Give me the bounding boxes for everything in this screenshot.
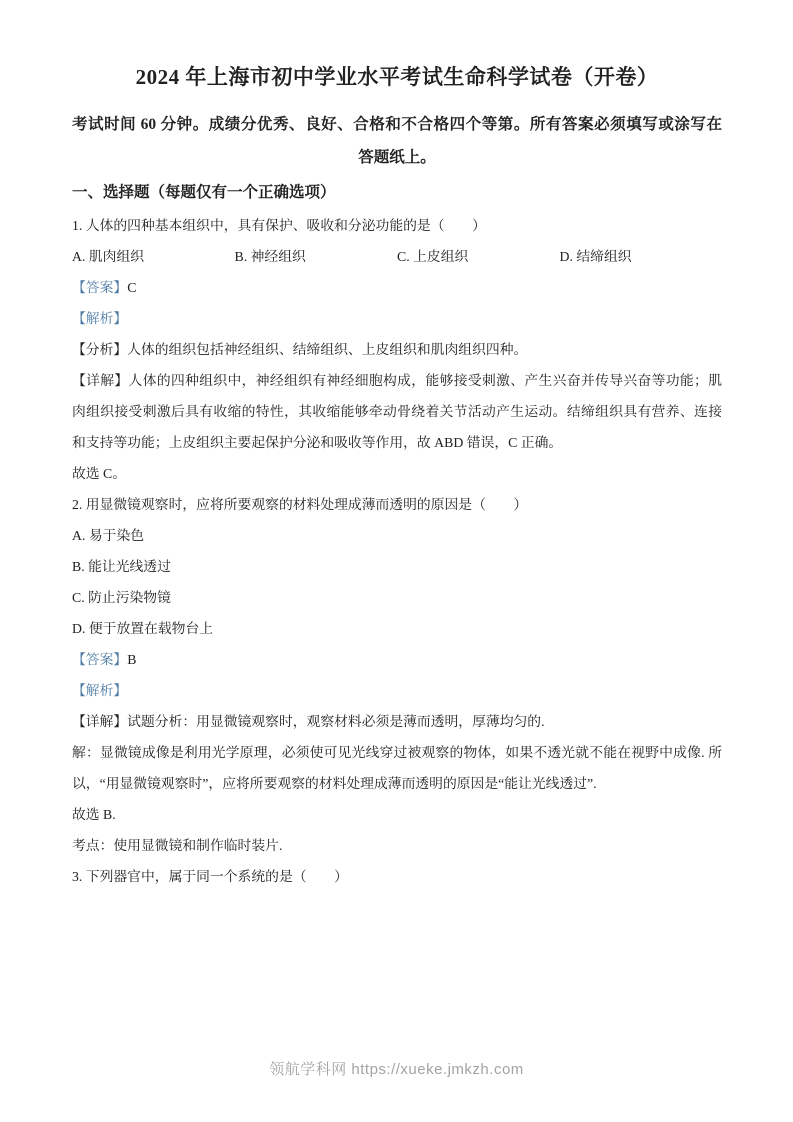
question-1-answer-value: C (127, 280, 136, 295)
question-1-options-row: A. 肌肉组织 B. 神经组织 C. 上皮组织 D. 结缔组织 (72, 241, 722, 272)
question-3: 3. 下列器官中，属于同一个系统的是（ ） (72, 861, 722, 892)
question-1-option-c: C. 上皮组织 (397, 241, 560, 272)
section-heading: 一、选择题（每题仅有一个正确选项） (72, 178, 722, 208)
page-title: 2024 年上海市初中学业水平考试生命科学试卷（开卷） (72, 62, 722, 92)
question-1-option-a: A. 肌肉组织 (72, 241, 235, 272)
question-1-stem: 1. 人体的四种基本组织中，具有保护、吸收和分泌功能的是（ ） (72, 210, 722, 241)
question-2-stem: 2. 用显微镜观察时，应将所要观察的材料处理成薄而透明的原因是（ ） (72, 489, 722, 520)
question-1: 1. 人体的四种基本组织中，具有保护、吸收和分泌功能的是（ ） A. 肌肉组织 … (72, 210, 722, 489)
explanation-line: 【详解】试题分析：用显微镜观察时，观察材料必须是薄而透明，厚薄均匀的. (72, 706, 722, 737)
question-2-option-d: D. 便于放置在载物台上 (72, 613, 722, 644)
explanation-line: 故选 B. (72, 799, 722, 830)
answer-label: 【答案】 (72, 280, 127, 295)
explanation-line: 以，“用显微镜观察时”，应将所要观察的材料处理成薄而透明的原因是“能让光线透过”… (72, 768, 722, 799)
explanation-line: 【详解】人体的四种组织中，神经组织有神经细胞构成，能够接受刺激、产生兴奋并传导兴… (72, 365, 722, 396)
question-2-option-a: A. 易于染色 (72, 520, 722, 551)
explanation-line: 考点：使用显微镜和制作临时装片. (72, 830, 722, 861)
question-2-answer-value: B (127, 652, 136, 667)
question-1-option-b: B. 神经组织 (235, 241, 398, 272)
analysis-label: 【解析】 (72, 675, 722, 706)
watermark: 领航学科网 https://xueke.jmkzh.com (0, 1058, 793, 1079)
analysis-label: 【解析】 (72, 303, 722, 334)
exam-document-page: 2024 年上海市初中学业水平考试生命科学试卷（开卷） 考试时间 60 分钟。成… (0, 0, 793, 1122)
question-2-option-b: B. 能让光线透过 (72, 551, 722, 582)
explanation-line: 【分析】人体的组织包括神经组织、结缔组织、上皮组织和肌肉组织四种。 (72, 334, 722, 365)
question-2-answer-line: 【答案】B (72, 644, 722, 675)
explanation-line: 解：显微镜成像是利用光学原理，必须使可见光线穿过被观察的物体，如果不透光就不能在… (72, 737, 722, 768)
document-content: 2024 年上海市初中学业水平考试生命科学试卷（开卷） 考试时间 60 分钟。成… (0, 0, 793, 892)
explanation-line: 故选 C。 (72, 458, 722, 489)
answer-label: 【答案】 (72, 652, 127, 667)
question-3-stem: 3. 下列器官中，属于同一个系统的是（ ） (72, 861, 722, 892)
explanation-line: 肉组织接受刺激后具有收缩的特性，其收缩能够牵动骨绕着关节活动产生运动。结缔组织具… (72, 396, 722, 427)
notice-line-1: 考试时间 60 分钟。成绩分优秀、良好、合格和不合格四个等第。所有答案必须填写或… (72, 108, 722, 141)
question-1-answer-line: 【答案】C (72, 272, 722, 303)
question-2: 2. 用显微镜观察时，应将所要观察的材料处理成薄而透明的原因是（ ） A. 易于… (72, 489, 722, 861)
exam-notice: 考试时间 60 分钟。成绩分优秀、良好、合格和不合格四个等第。所有答案必须填写或… (72, 108, 722, 174)
notice-line-2: 答题纸上。 (72, 141, 722, 174)
explanation-line: 和支持等功能；上皮组织主要起保护分泌和吸收等作用，故 ABD 错误，C 正确。 (72, 427, 722, 458)
question-1-option-d: D. 结缔组织 (560, 241, 723, 272)
question-2-option-c: C. 防止污染物镜 (72, 582, 722, 613)
